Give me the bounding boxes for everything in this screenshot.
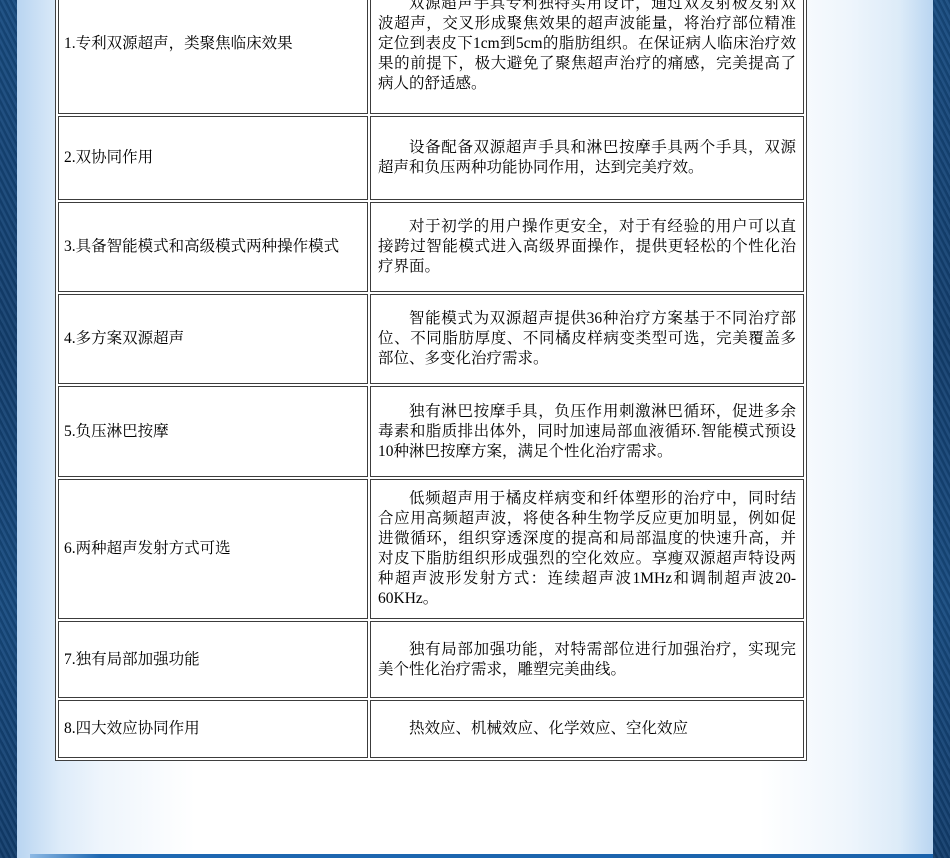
feature-name-cell: 4.多方案双源超声 [58, 294, 368, 384]
table-row: 8.四大效应协同作用 热效应、机械效应、化学效应、空化效应 [58, 700, 804, 758]
feature-name-cell: 8.四大效应协同作用 [58, 700, 368, 758]
feature-description-text: 对于初学的用户操作更安全，对于有经验的用户可以直接跨过智能模式进入高级界面操作，… [378, 217, 796, 277]
left-navy-edge-strip [0, 0, 17, 858]
feature-name-text: 6.两种超声发射方式可选 [64, 539, 362, 559]
right-navy-edge-strip [933, 0, 950, 858]
feature-description-cell: 智能模式为双源超声提供36种治疗方案基于不同治疗部位、不同脂肪厚度、不同橘皮样病… [370, 294, 804, 384]
feature-name-cell: 3.具备智能模式和高级模式两种操作模式 [58, 202, 368, 292]
table-row: 2.双协同作用 设备配备双源超声手具和淋巴按摩手具两个手具，双源超声和负压两种功… [58, 116, 804, 200]
feature-name-text: 4.多方案双源超声 [64, 329, 362, 349]
next-section-top-bar [30, 854, 933, 858]
feature-description-cell: 设备配备双源超声手具和淋巴按摩手具两个手具，双源超声和负压两种功能协同作用，达到… [370, 116, 804, 200]
feature-name-text: 5.负压淋巴按摩 [64, 422, 362, 442]
feature-description-text: 独有淋巴按摩手具，负压作用刺激淋巴循环，促进多余毒素和脂质排出体外，同时加速局部… [378, 402, 796, 462]
feature-description-text: 低频超声用于橘皮样病变和纤体塑形的治疗中，同时结合应用高频超声波，将使各种生物学… [378, 489, 796, 609]
table-row: 7.独有局部加强功能 独有局部加强功能，对特需部位进行加强治疗，实现完美个性化治… [58, 621, 804, 698]
feature-description-cell: 热效应、机械效应、化学效应、空化效应 [370, 700, 804, 758]
feature-description-cell: 低频超声用于橘皮样病变和纤体塑形的治疗中，同时结合应用高频超声波，将使各种生物学… [370, 479, 804, 619]
table-row: 4.多方案双源超声 智能模式为双源超声提供36种治疗方案基于不同治疗部位、不同脂… [58, 294, 804, 384]
feature-description-text: 双源超声手具专利独特实用设计，通过双发射极发射双波超声，交叉形成聚焦效果的超声波… [378, 0, 796, 94]
feature-description-cell: 独有淋巴按摩手具，负压作用刺激淋巴循环，促进多余毒素和脂质排出体外，同时加速局部… [370, 386, 804, 477]
feature-name-cell: 5.负压淋巴按摩 [58, 386, 368, 477]
feature-description-text: 智能模式为双源超声提供36种治疗方案基于不同治疗部位、不同脂肪厚度、不同橘皮样病… [378, 309, 796, 369]
table-row: 6.两种超声发射方式可选 低频超声用于橘皮样病变和纤体塑形的治疗中，同时结合应用… [58, 479, 804, 619]
features-table-body: 1.专利双源超声，类聚焦临床效果 双源超声手具专利独特实用设计，通过双发射极发射… [58, 0, 804, 758]
table-row: 5.负压淋巴按摩 独有淋巴按摩手具，负压作用刺激淋巴循环，促进多余毒素和脂质排出… [58, 386, 804, 477]
table-row: 1.专利双源超声，类聚焦临床效果 双源超声手具专利独特实用设计，通过双发射极发射… [58, 0, 804, 114]
feature-description-cell: 对于初学的用户操作更安全，对于有经验的用户可以直接跨过智能模式进入高级界面操作，… [370, 202, 804, 292]
feature-description-text: 设备配备双源超声手具和淋巴按摩手具两个手具，双源超声和负压两种功能协同作用，达到… [378, 138, 796, 178]
feature-description-text: 热效应、机械效应、化学效应、空化效应 [378, 719, 796, 739]
feature-description-cell: 双源超声手具专利独特实用设计，通过双发射极发射双波超声，交叉形成聚焦效果的超声波… [370, 0, 804, 114]
feature-name-cell: 1.专利双源超声，类聚焦临床效果 [58, 0, 368, 114]
feature-description-cell: 独有局部加强功能，对特需部位进行加强治疗，实现完美个性化治疗需求，雕塑完美曲线。 [370, 621, 804, 698]
page-background: 1.专利双源超声，类聚焦临床效果 双源超声手具专利独特实用设计，通过双发射极发射… [0, 0, 950, 858]
feature-name-text: 1.专利双源超声，类聚焦临床效果 [64, 34, 362, 54]
feature-name-text: 2.双协同作用 [64, 148, 362, 168]
feature-name-text: 3.具备智能模式和高级模式两种操作模式 [64, 237, 362, 257]
content-area: 1.专利双源超声，类聚焦临床效果 双源超声手具专利独特实用设计，通过双发射极发射… [55, 0, 807, 761]
feature-name-text: 7.独有局部加强功能 [64, 650, 362, 670]
feature-name-cell: 6.两种超声发射方式可选 [58, 479, 368, 619]
features-table: 1.专利双源超声，类聚焦临床效果 双源超声手具专利独特实用设计，通过双发射极发射… [55, 0, 807, 761]
feature-name-text: 8.四大效应协同作用 [64, 719, 362, 739]
feature-name-cell: 7.独有局部加强功能 [58, 621, 368, 698]
table-row: 3.具备智能模式和高级模式两种操作模式 对于初学的用户操作更安全，对于有经验的用… [58, 202, 804, 292]
feature-description-text: 独有局部加强功能，对特需部位进行加强治疗，实现完美个性化治疗需求，雕塑完美曲线。 [378, 640, 796, 680]
feature-name-cell: 2.双协同作用 [58, 116, 368, 200]
